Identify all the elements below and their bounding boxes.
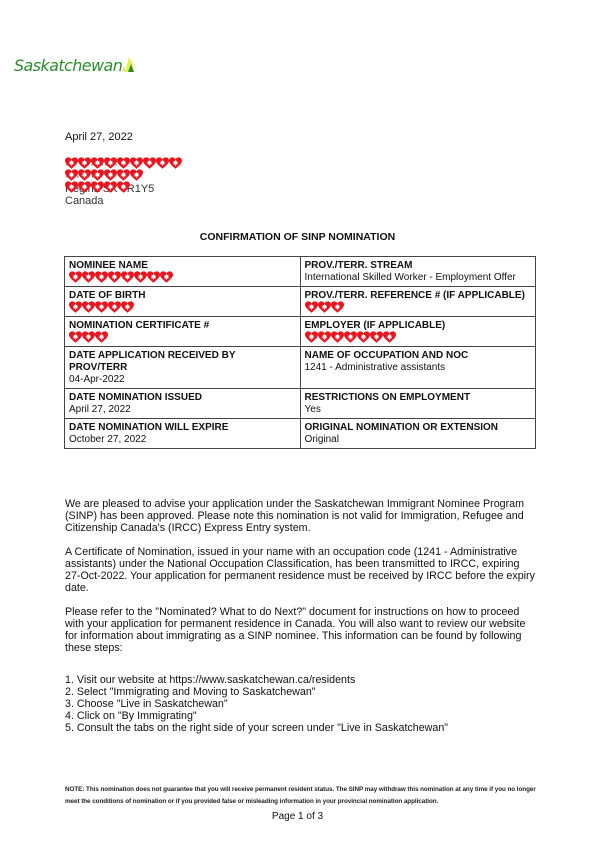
step-item: 5. Consult the tabs on the right side of… <box>65 722 448 734</box>
table-row: DATE NOMINATION ISSUEDApril 27, 2022REST… <box>65 389 536 419</box>
address-line: Regina SK 4R1Y5 <box>65 183 154 195</box>
field-value <box>69 332 296 344</box>
maple-leaf-heart-icon <box>108 271 121 284</box>
maple-leaf-heart-icon <box>344 331 357 344</box>
field-label: PROV./TERR. STREAM <box>305 260 532 272</box>
field-label: DATE APPLICATION RECEIVED BY PROV/TERR <box>69 350 296 374</box>
table-row: NOMINEE NAMEPROV./TERR. STREAMInternatio… <box>65 257 536 287</box>
maple-leaf-heart-icon <box>121 301 134 314</box>
maple-leaf-heart-icon <box>156 157 169 170</box>
maple-leaf-heart-icon <box>95 301 108 314</box>
maple-leaf-heart-icon <box>82 301 95 314</box>
maple-leaf-heart-icon <box>121 271 134 284</box>
field-value: International Skilled Worker - Employmen… <box>305 272 532 284</box>
wheat-sheaf-icon <box>123 56 135 74</box>
step-item: 3. Choose "Live in Saskatchewan" <box>65 698 448 710</box>
table-row: NOMINATION CERTIFICATE #EMPLOYER (IF APP… <box>65 317 536 347</box>
field-value: Yes <box>305 404 532 416</box>
redaction-hearts <box>305 331 396 344</box>
maple-leaf-heart-icon <box>95 271 108 284</box>
page-number: Page 1 of 3 <box>0 811 595 822</box>
table-cell: ORIGINAL NOMINATION OR EXTENSIONOriginal <box>300 419 536 449</box>
step-item: 2. Select "Immigrating and Moving to Sas… <box>65 686 448 698</box>
paragraph-next-steps: Please refer to the "Nominated? What to … <box>65 606 535 654</box>
maple-leaf-heart-icon <box>147 271 160 284</box>
maple-leaf-heart-icon <box>65 181 78 194</box>
field-label: NAME OF OCCUPATION AND NOC <box>305 350 532 362</box>
maple-leaf-heart-icon <box>104 181 117 194</box>
maple-leaf-heart-icon <box>305 331 318 344</box>
field-value <box>305 332 532 344</box>
logo-text: Saskatchewan <box>14 56 122 75</box>
steps-list: 1. Visit our website at https://www.sask… <box>65 674 448 734</box>
maple-leaf-heart-icon <box>95 331 108 344</box>
maple-leaf-heart-icon <box>117 181 130 194</box>
field-label: ORIGINAL NOMINATION OR EXTENSION <box>305 422 532 434</box>
maple-leaf-heart-icon <box>82 331 95 344</box>
redaction-hearts <box>69 331 108 344</box>
maple-leaf-heart-icon <box>331 301 344 314</box>
maple-leaf-heart-icon <box>108 301 121 314</box>
step-item: 1. Visit our website at https://www.sask… <box>65 674 448 686</box>
field-label: DATE NOMINATION WILL EXPIRE <box>69 422 296 434</box>
table-cell: NOMINATION CERTIFICATE # <box>65 317 301 347</box>
table-row: DATE NOMINATION WILL EXPIREOctober 27, 2… <box>65 419 536 449</box>
paragraph-approval: We are pleased to advise your applicatio… <box>65 498 535 534</box>
maple-leaf-heart-icon <box>357 331 370 344</box>
field-value: Original <box>305 434 532 446</box>
maple-leaf-heart-icon <box>130 169 143 182</box>
maple-leaf-heart-icon <box>318 301 331 314</box>
maple-leaf-heart-icon <box>160 271 173 284</box>
table-cell: DATE NOMINATION ISSUEDApril 27, 2022 <box>65 389 301 419</box>
maple-leaf-heart-icon <box>91 181 104 194</box>
maple-leaf-heart-icon <box>370 331 383 344</box>
table-cell: DATE OF BIRTH <box>65 287 301 317</box>
table-cell: DATE APPLICATION RECEIVED BY PROV/TERR04… <box>65 347 301 389</box>
maple-leaf-heart-icon <box>383 331 396 344</box>
table-cell: EMPLOYER (IF APPLICABLE) <box>300 317 536 347</box>
maple-leaf-heart-icon <box>169 157 182 170</box>
redaction-hearts <box>305 301 344 314</box>
saskatchewan-logo: Saskatchewan <box>14 56 135 75</box>
table-cell: PROV./TERR. REFERENCE # (IF APPLICABLE) <box>300 287 536 317</box>
table-cell: DATE NOMINATION WILL EXPIREOctober 27, 2… <box>65 419 301 449</box>
step-item: 4. Click on "By Immigrating" <box>65 710 448 722</box>
maple-leaf-heart-icon <box>69 331 82 344</box>
table-cell: NAME OF OCCUPATION AND NOC1241 - Adminis… <box>300 347 536 389</box>
maple-leaf-heart-icon <box>305 301 318 314</box>
maple-leaf-heart-icon <box>143 157 156 170</box>
address-text: Canada <box>65 195 104 207</box>
table-row: DATE OF BIRTHPROV./TERR. REFERENCE # (IF… <box>65 287 536 317</box>
legal-note: NOTE: This nomination does not guarantee… <box>65 784 540 808</box>
redaction-hearts <box>65 181 130 194</box>
table-cell: PROV./TERR. STREAMInternational Skilled … <box>300 257 536 287</box>
maple-leaf-heart-icon <box>82 271 95 284</box>
maple-leaf-heart-icon <box>78 181 91 194</box>
recipient-address: ··· ····· ·· ··· ·········Regina SK 4R1Y… <box>65 159 154 207</box>
field-value: April 27, 2022 <box>69 404 296 416</box>
address-line: Canada <box>65 195 154 207</box>
paragraph-certificate: A Certificate of Nomination, issued in y… <box>65 546 535 594</box>
nomination-details-table: NOMINEE NAMEPROV./TERR. STREAMInternatio… <box>64 256 536 449</box>
field-value <box>305 302 532 314</box>
field-label: DATE NOMINATION ISSUED <box>69 392 296 404</box>
field-value: 1241 - Administrative assistants <box>305 362 532 374</box>
maple-leaf-heart-icon <box>69 301 82 314</box>
field-value: October 27, 2022 <box>69 434 296 446</box>
redaction-hearts <box>69 301 134 314</box>
field-value <box>69 272 296 284</box>
letter-date: April 27, 2022 <box>65 131 133 143</box>
document-title: CONFIRMATION OF SINP NOMINATION <box>0 231 595 243</box>
field-value <box>69 302 296 314</box>
table-cell: NOMINEE NAME <box>65 257 301 287</box>
field-label: RESTRICTIONS ON EMPLOYMENT <box>305 392 532 404</box>
field-value: 04-Apr-2022 <box>69 374 296 386</box>
maple-leaf-heart-icon <box>69 271 82 284</box>
redaction-hearts <box>69 271 173 284</box>
table-cell: RESTRICTIONS ON EMPLOYMENTYes <box>300 389 536 419</box>
maple-leaf-heart-icon <box>318 331 331 344</box>
maple-leaf-heart-icon <box>331 331 344 344</box>
table-row: DATE APPLICATION RECEIVED BY PROV/TERR04… <box>65 347 536 389</box>
maple-leaf-heart-icon <box>134 271 147 284</box>
